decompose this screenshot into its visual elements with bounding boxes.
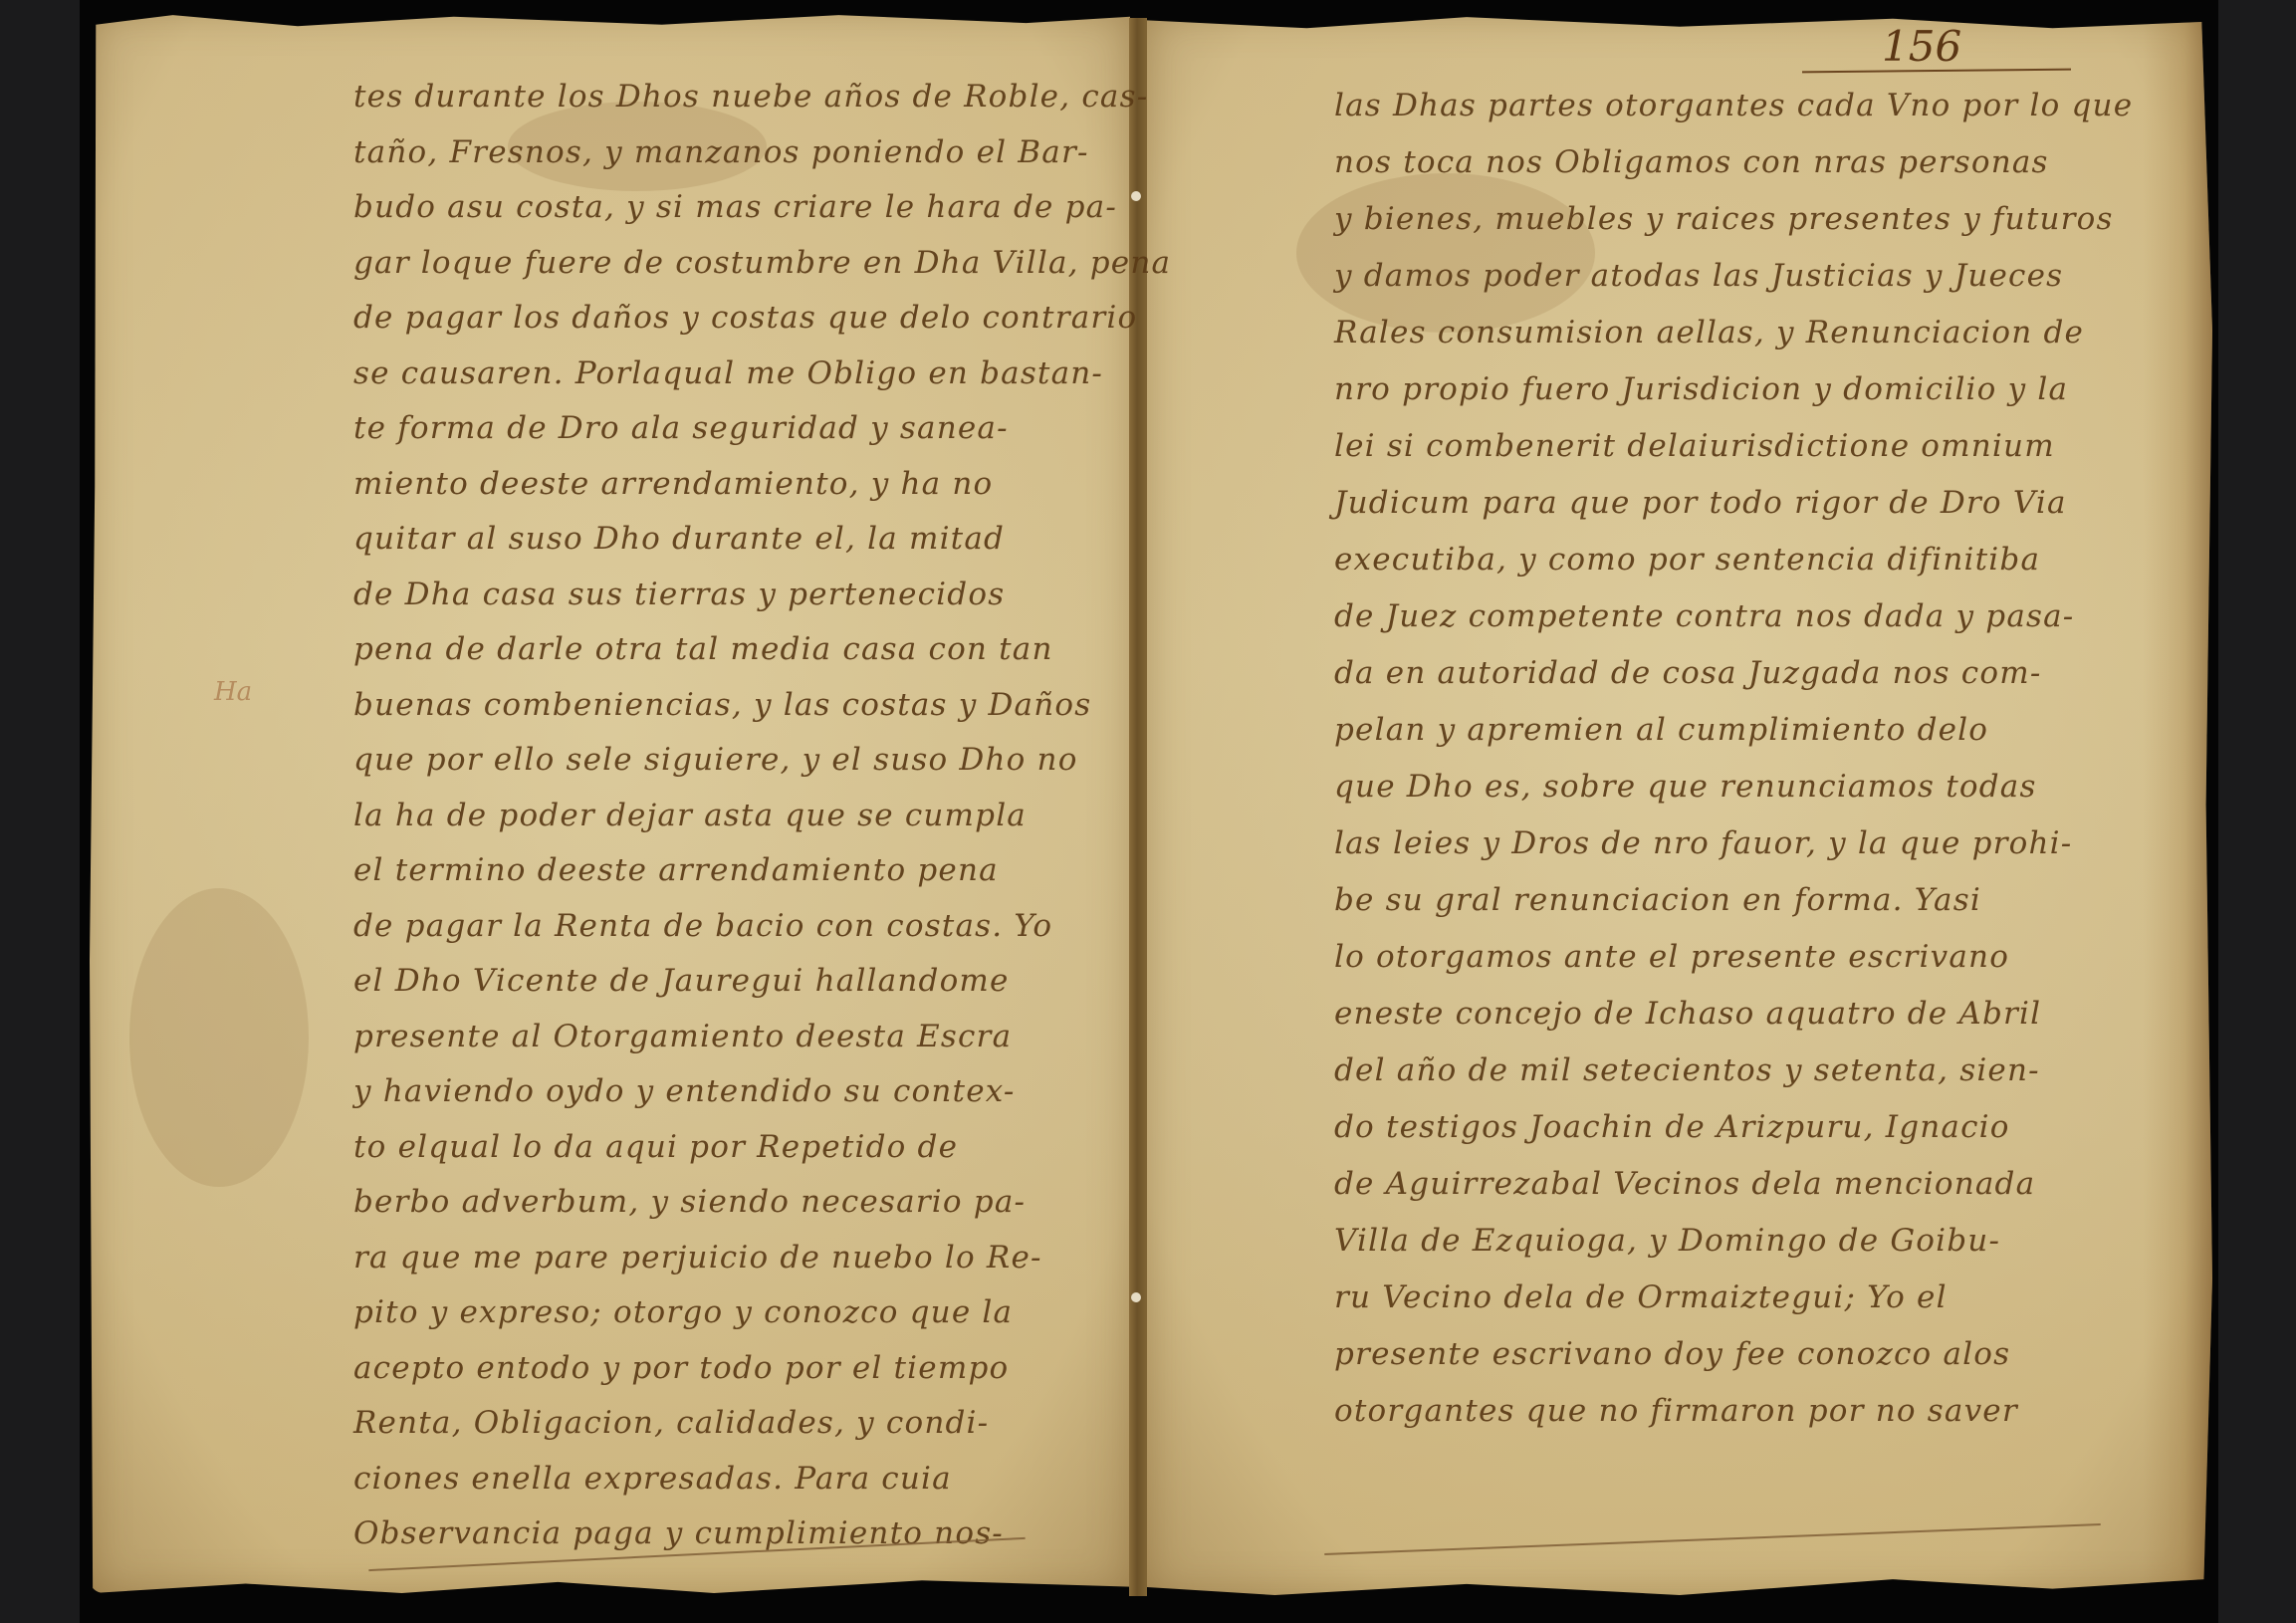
text-line: la ha de poder dejar asta que se cumpla	[353, 789, 1090, 844]
paper-stain	[129, 888, 309, 1187]
text-line: que Dho es, sobre que renunciamos todas	[1334, 759, 2151, 815]
text-line: Renta, Obligacion, calidades, y condi-	[353, 1396, 1090, 1452]
text-line: se causaren. Porlaqual me Obligo en bast…	[353, 347, 1090, 402]
text-line: del año de mil setecientos y setenta, si…	[1334, 1043, 2151, 1099]
text-line: nos toca nos Obligamos con nras personas	[1334, 134, 2151, 191]
right-page-text: las Dhas partes otorgantes cada Vno por …	[1334, 78, 2151, 1440]
text-line: budo asu costa, y si mas criare le hara …	[353, 180, 1090, 236]
text-line: executiba, y como por sentencia difiniti…	[1334, 532, 2151, 588]
text-line: presente al Otorgamiento deesta Escra	[353, 1010, 1090, 1065]
text-line: do testigos Joachin de Arizpuru, Ignacio	[1334, 1099, 2151, 1156]
text-line: presente escrivano doy fee conozco alos	[1334, 1326, 2151, 1383]
text-line: de pagar los daños y costas que delo con…	[353, 291, 1090, 347]
text-line: Villa de Ezquioga, y Domingo de Goibu-	[1334, 1213, 2151, 1270]
text-line: lo otorgamos ante el presente escrivano	[1334, 929, 2151, 986]
text-line: taño, Fresnos, y manzanos poniendo el Ba…	[353, 125, 1090, 181]
right-side-band	[2218, 0, 2296, 1623]
text-line: las Dhas partes otorgantes cada Vno por …	[1334, 78, 2151, 134]
text-line: acepto entodo y por todo por el tiempo	[353, 1341, 1090, 1397]
text-line: berbo adverbum, y siendo necesario pa-	[353, 1175, 1090, 1231]
text-line: de pagar la Renta de bacio con costas. Y…	[353, 899, 1090, 955]
text-line: pito y expreso; otorgo y conozco que la	[353, 1285, 1090, 1341]
text-line: da en autoridad de cosa Juzgada nos com-	[1334, 645, 2151, 702]
text-line: de Aguirrezabal Vecinos dela mencionada	[1334, 1156, 2151, 1213]
text-line: de Juez competente contra nos dada y pas…	[1334, 588, 2151, 645]
text-line: y haviendo oydo y entendido su contex-	[353, 1064, 1090, 1120]
text-line: nro propio fuero Jurisdicion y domicilio…	[1334, 361, 2151, 418]
text-line: las leies y Dros de nro fauor, y la que …	[1334, 815, 2151, 872]
text-line: ra que me pare perjuicio de nuebo lo Re-	[353, 1231, 1090, 1286]
text-line: y bienes, muebles y raices presentes y f…	[1334, 191, 2151, 248]
margin-mark: Ha	[214, 677, 252, 707]
text-line: el Dho Vicente de Jauregui hallandome	[353, 954, 1090, 1010]
folio-number: 156	[1882, 22, 1961, 71]
text-line: te forma de Dro ala seguridad y sanea-	[353, 401, 1090, 457]
text-line: quitar al suso Dho durante el, la mitad	[353, 512, 1090, 568]
text-line: pelan y apremien al cumplimiento delo	[1334, 702, 2151, 759]
text-line: buenas combeniencias, y las costas y Dañ…	[353, 678, 1090, 734]
left-side-band	[0, 0, 80, 1623]
binding-thread	[1131, 1292, 1141, 1302]
text-line: lei si combenerit delaiurisdictione omni…	[1334, 418, 2151, 475]
text-line: Judicum para que por todo rigor de Dro V…	[1334, 475, 2151, 532]
text-line: otorgantes que no firmaron por no saver	[1334, 1383, 2151, 1440]
text-line: eneste concejo de Ichaso aquatro de Abri…	[1334, 986, 2151, 1043]
left-page-text: tes durante los Dhos nuebe años de Roble…	[353, 70, 1090, 1562]
text-line: pena de darle otra tal media casa con ta…	[353, 622, 1090, 678]
text-line: el termino deeste arrendamiento pena	[353, 843, 1090, 899]
text-line: ru Vecino dela de Ormaiztegui; Yo el	[1334, 1270, 2151, 1326]
text-line: Rales consumision aellas, y Renunciacion…	[1334, 305, 2151, 361]
text-line: gar loque fuere de costumbre en Dha Vill…	[353, 236, 1090, 292]
text-line: ciones enella expresadas. Para cuia	[353, 1452, 1090, 1507]
text-line: de Dha casa sus tierras y pertenecidos	[353, 568, 1090, 623]
text-line: tes durante los Dhos nuebe años de Roble…	[353, 70, 1090, 125]
text-line: que por ello sele siguiere, y el suso Dh…	[353, 733, 1090, 789]
text-line: y damos poder atodas las Justicias y Jue…	[1334, 248, 2151, 305]
text-line: be su gral renunciacion en forma. Yasi	[1334, 872, 2151, 929]
text-line: to elqual lo da aqui por Repetido de	[353, 1120, 1090, 1176]
binding-thread	[1131, 191, 1141, 201]
text-line: miento deeste arrendamiento, y ha no	[353, 457, 1090, 513]
